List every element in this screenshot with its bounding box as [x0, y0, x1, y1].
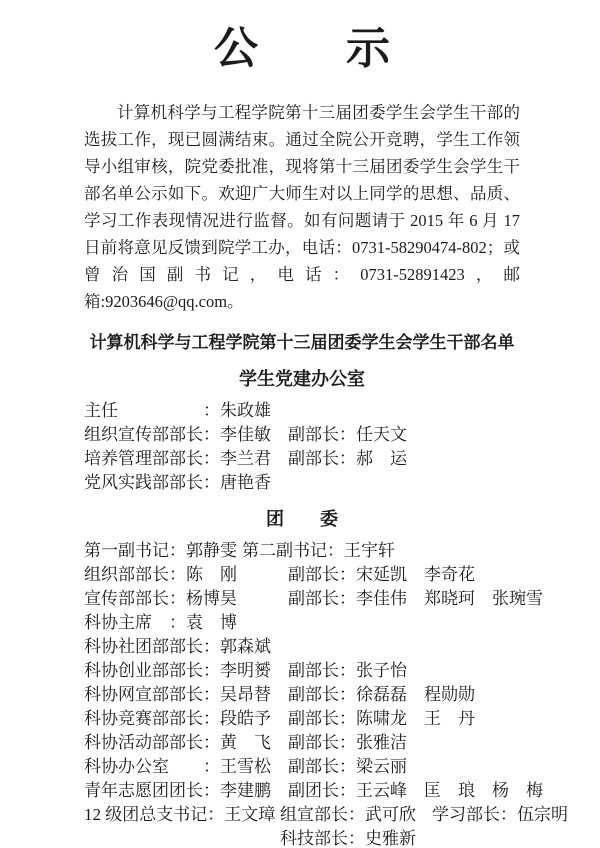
deputy-group: 学习部长：伍宗明: [432, 803, 568, 827]
section-heading: 团 委: [84, 507, 520, 531]
person-name: 王文璋: [224, 805, 275, 824]
deputy-group: 第二副书记：王宇轩: [242, 539, 395, 563]
colon-separator: ：: [203, 685, 220, 704]
position-label: 12 级团总支书记: [84, 803, 207, 827]
position-label: 第二副书记: [242, 539, 327, 563]
person-name: 宋延凯 李奇花: [356, 565, 475, 584]
position-label: 组织宣传部部长: [84, 423, 203, 447]
deputy-group: 副部长：郝 运: [288, 447, 407, 471]
position-label: 青年志愿团团长: [84, 779, 203, 803]
position-label: 党风实践部部长: [84, 471, 203, 495]
roster-row: 科协社团部部长：郭森斌: [84, 635, 520, 659]
position-label: 副部长: [288, 587, 339, 611]
roster-row: 12 级团总支书记：王文璋组宣部长：武可欣学习部长：伍宗明: [84, 803, 520, 827]
position-label: 科协社团部部长: [84, 635, 203, 659]
person-name: 李佳伟 郑晓珂 张琬雪: [356, 589, 543, 608]
roster-sections: 学生党建办公室主任：朱政雄组织宣传部部长：李佳敏副部长：任天文培养管理部部长：李…: [84, 367, 520, 848]
colon-separator: ：: [339, 661, 356, 680]
colon-separator: ：: [339, 685, 356, 704]
person-name: 王云峰 匡 琅 杨 梅: [356, 781, 543, 800]
person-name: 任天文: [356, 425, 407, 444]
position-label: 组织部部长: [84, 563, 169, 587]
person-name: 李明赟: [220, 661, 271, 680]
position-label: 副部长: [288, 447, 339, 471]
page-title: 公 示: [84, 22, 520, 75]
roster-row: 科协创业部部长：李明赟副部长：张子怡: [84, 659, 520, 683]
roster-section: 学生党建办公室主任：朱政雄组织宣传部部长：李佳敏副部长：任天文培养管理部部长：李…: [84, 367, 520, 495]
colon-separator: ：: [169, 541, 186, 560]
deputy-group: 副部长：李佳伟 郑晓珂 张琬雪: [288, 587, 543, 611]
colon-separator: ：: [203, 637, 220, 656]
colon-separator: ：: [348, 805, 365, 824]
deputy-group: 科技部长：史雅新: [280, 827, 416, 848]
position-label: 学习部长: [432, 803, 500, 827]
colon-separator: ：: [203, 757, 220, 776]
person-name: 张雅洁: [356, 733, 407, 752]
position-label: 宣传部部长: [84, 587, 169, 611]
section-heading: 学生党建办公室: [84, 367, 520, 391]
colon-separator: ：: [169, 613, 186, 632]
deputy-group: 副部长：张雅洁: [288, 731, 407, 755]
colon-separator: ：: [339, 709, 356, 728]
person-name: 王雪松: [220, 757, 271, 776]
person-name: 梁云丽: [356, 757, 407, 776]
deputy-group: 副部长：任天文: [288, 423, 407, 447]
position-label: 科协创业部部长: [84, 659, 203, 683]
roster-row: 第一副书记：郭静雯第二副书记：王宇轩: [84, 539, 520, 563]
deputy-group: 副部长：宋延凯 李奇花: [288, 563, 475, 587]
left-block: [84, 827, 280, 848]
notice-document: 公 示 计算机科学与工程学院第十三届团委学生会学生干部的选拔工作，现已圆满结束。…: [0, 0, 600, 848]
roster-row: 科协活动部部长：黄 飞副部长：张雅洁: [84, 731, 520, 755]
roster-row: 宣传部部长：杨博昊副部长：李佳伟 郑晓珂 张琬雪: [84, 587, 520, 611]
colon-separator: ：: [339, 589, 356, 608]
person-name: 李佳敏: [220, 425, 271, 444]
colon-separator: ：: [339, 449, 356, 468]
colon-separator: ：: [207, 805, 224, 824]
colon-separator: ：: [203, 661, 220, 680]
position-label: 科协网宣部部长: [84, 683, 203, 707]
position-label: 副部长: [288, 731, 339, 755]
person-name: 杨博昊: [186, 589, 237, 608]
deputy-group: 副部长：梁云丽: [288, 755, 407, 779]
person-name: 唐艳香: [220, 473, 271, 492]
intro-paragraph: 计算机科学与工程学院第十三届团委学生会学生干部的选拔工作，现已圆满结束。通过全院…: [84, 99, 520, 315]
person-name: 陈 刚: [186, 565, 237, 584]
position-label: 组宣部长: [280, 803, 348, 827]
position-label: 副部长: [288, 563, 339, 587]
roster-section: 团 委第一副书记：郭静雯第二副书记：王宇轩组织部部长：陈 刚副部长：宋延凯 李奇…: [84, 507, 520, 848]
position-label: 副部长: [288, 423, 339, 447]
deputy-group: 组宣部长：武可欣: [280, 803, 416, 827]
colon-separator: ：: [339, 781, 356, 800]
position-label: 培养管理部部长: [84, 447, 203, 471]
colon-separator: ：: [203, 425, 220, 444]
colon-separator: ：: [203, 709, 220, 728]
colon-separator: ：: [169, 589, 186, 608]
roster-row: 青年志愿团团长：李建鹏副团长：王云峰 匡 琅 杨 梅: [84, 779, 520, 803]
colon-separator: ：: [500, 805, 517, 824]
person-name: 徐磊磊 程勋勋: [356, 685, 475, 704]
person-name: 王宇轩: [344, 541, 395, 560]
person-name: 张子怡: [356, 661, 407, 680]
roster-row: 组织部部长：陈 刚副部长：宋延凯 李奇花: [84, 563, 520, 587]
position-label: 第一副书记: [84, 539, 169, 563]
person-name: 郝 运: [356, 449, 407, 468]
colon-separator: ：: [203, 781, 220, 800]
roster-row: 科协办公室：王雪松副部长：梁云丽: [84, 755, 520, 779]
colon-separator: ：: [203, 733, 220, 752]
person-name: 黄 飞: [220, 733, 271, 752]
deputy-group: 副部长：陈啸龙 王 丹: [288, 707, 475, 731]
position-label: 科技部长: [280, 827, 348, 848]
person-name: 李兰君: [220, 449, 271, 468]
colon-separator: ：: [339, 757, 356, 776]
roster-row: 组织宣传部部长：李佳敏副部长：任天文: [84, 423, 520, 447]
person-name: 郭静雯: [186, 541, 237, 560]
deputy-group: 副团长：王云峰 匡 琅 杨 梅: [288, 779, 543, 803]
colon-separator: ：: [327, 541, 344, 560]
deputy-group: 副部长：张子怡: [288, 659, 407, 683]
left-block: 12 级团总支书记：王文璋: [84, 803, 280, 827]
position-label: 副部长: [288, 755, 339, 779]
position-label: 科协竞赛部部长: [84, 707, 203, 731]
roster-row: 科技部长：史雅新: [84, 827, 520, 848]
roster-row: 主任：朱政雄: [84, 399, 520, 423]
person-name: 吴昂替: [220, 685, 271, 704]
person-name: 袁 博: [186, 613, 237, 632]
colon-separator: ：: [339, 733, 356, 752]
roster-row: 培养管理部部长：李兰君副部长：郝 运: [84, 447, 520, 471]
position-label: 科协活动部部长: [84, 731, 203, 755]
colon-separator: ：: [169, 565, 186, 584]
position-label: 科协主席: [84, 611, 169, 635]
position-label: 副部长: [288, 707, 339, 731]
colon-separator: ：: [339, 565, 356, 584]
roster-row: 科协竞赛部部长：段皓予副部长：陈啸龙 王 丹: [84, 707, 520, 731]
person-name: 武可欣: [365, 805, 416, 824]
person-name: 伍宗明: [517, 805, 568, 824]
person-name: 史雅新: [365, 829, 416, 848]
colon-separator: ：: [339, 425, 356, 444]
colon-separator: ：: [348, 829, 365, 848]
position-label: 科协办公室: [84, 755, 203, 779]
colon-separator: ：: [203, 401, 220, 420]
person-name: 郭森斌: [220, 637, 271, 656]
roster-title: 计算机科学与工程学院第十三届团委学生会学生干部名单: [84, 331, 520, 355]
roster-row: 党风实践部部长：唐艳香: [84, 471, 520, 495]
colon-separator: ：: [203, 473, 220, 492]
position-label: 主任: [84, 399, 203, 423]
person-name: 段皓予: [220, 709, 271, 728]
person-name: 陈啸龙 王 丹: [356, 709, 475, 728]
position-label: 副部长: [288, 683, 339, 707]
roster-row: 科协网宣部部长：吴昂替副部长：徐磊磊 程勋勋: [84, 683, 520, 707]
position-label: 副团长: [288, 779, 339, 803]
colon-separator: ：: [203, 449, 220, 468]
position-label: 副部长: [288, 659, 339, 683]
roster-row: 科协主席：袁 博: [84, 611, 520, 635]
person-name: 朱政雄: [220, 401, 271, 420]
deputy-group: 副部长：徐磊磊 程勋勋: [288, 683, 475, 707]
person-name: 李建鹏: [220, 781, 271, 800]
